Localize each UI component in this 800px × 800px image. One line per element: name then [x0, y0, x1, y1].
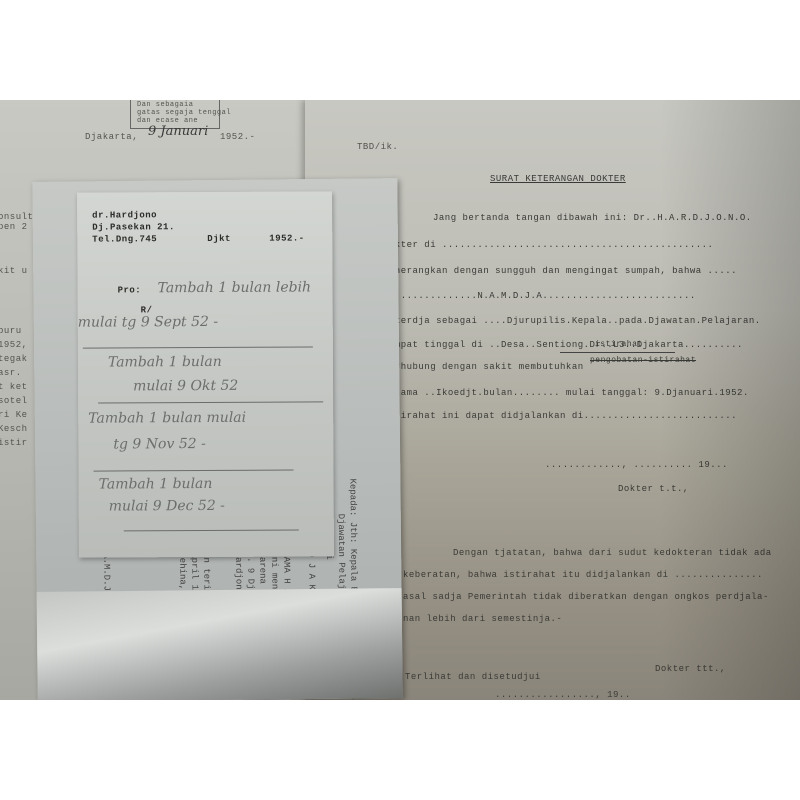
- cert-line: ................N.A.M.D.J.A.............…: [383, 291, 696, 301]
- paragraph-line: asal sadja Pemerintah tidak diberatkan d…: [403, 592, 769, 602]
- handwritten-date: 9 Januari: [148, 124, 208, 139]
- edge-text: 1952,: [0, 340, 28, 350]
- paragraph-line: Dengan tjatatan, bahwa dari sudut kedokt…: [453, 548, 772, 558]
- stamp-line: Dan sebagaia: [137, 101, 193, 109]
- reference-code: TBD/ik.: [357, 142, 398, 152]
- place-date: Djakarta,: [85, 132, 138, 142]
- edge-text: Kesch: [0, 424, 28, 434]
- stamp-line: gatas segaja tenggal: [137, 109, 231, 117]
- cert-line: menerangkan dengan sungguh dan mengingat…: [383, 266, 737, 276]
- cert-line: Jang bertanda tangan dibawah ini: Dr..H.…: [433, 213, 752, 223]
- edge-text: istir: [0, 438, 28, 448]
- rx-entry: mulai 9 Dec 52 -: [109, 498, 225, 515]
- rx-entry: mulai tg 9 Sept 52 -: [78, 314, 218, 331]
- correction-rule: [560, 352, 675, 353]
- letter-year: 1952.-: [220, 132, 255, 142]
- pro-label: Pro:: [118, 285, 142, 295]
- date-line: ............., .......... 19...: [545, 460, 728, 470]
- city: Djkt: [207, 234, 231, 244]
- rx-entry: Tambah 1 bulan: [108, 354, 222, 371]
- edge-text: kit u: [0, 266, 28, 276]
- cert-line: bekerdja sebagai ....Djurupilis.Kepala..…: [383, 316, 761, 326]
- paragraph-line: keberatan, bahwa istirahat itu didjalank…: [403, 570, 763, 580]
- edge-text: buru: [0, 326, 22, 336]
- folded-flap: [37, 588, 403, 700]
- letter-fragment: gehina,: [177, 552, 187, 590]
- rx-entry: mulai 9 Okt 52: [133, 378, 238, 395]
- entry-rule: [124, 530, 299, 532]
- edge-text: sotel: [0, 396, 28, 406]
- entry-rule: [83, 346, 313, 348]
- rx-entry: tg 9 Nov 52 -: [113, 436, 206, 452]
- edge-text: t ket: [0, 382, 28, 392]
- edge-text: pen 2: [0, 222, 28, 232]
- cert-line: Istirahat ini dapat didjalankan di......…: [383, 411, 737, 421]
- entry-rule: [98, 401, 323, 403]
- document-photo: Dan sebagaia gatas segaja tenggal dan ec…: [0, 100, 800, 700]
- cert-line: Dokter di ..............................…: [383, 240, 713, 250]
- cert-line: selama ..Ikoedjt.bulan........ mulai tan…: [383, 388, 749, 398]
- edge-text: ri Ke: [0, 410, 28, 420]
- rx-entry: Tambah 1 bulan lebih: [158, 279, 312, 296]
- struck-text: pengobatan-istirahat: [590, 356, 696, 365]
- certificate-title: SURAT KETERANGAN DOKTER: [490, 174, 626, 184]
- rx-year: 1952.-: [269, 233, 304, 243]
- correction-above: istirahat: [595, 340, 643, 349]
- rx-entry: Tambah 1 bulan: [99, 476, 213, 493]
- rx-entry: Tambah 1 bulan mulai: [88, 410, 246, 427]
- edge-text: onsult: [0, 212, 33, 222]
- paragraph-line: nan lebih dari semestinja.-: [403, 614, 562, 624]
- doctor-address: Dj.Pasekan 21.: [92, 222, 175, 232]
- footer-left: Terlihat dan disetudjui: [405, 672, 541, 682]
- entry-rule: [94, 470, 294, 472]
- footer-sign: Dokter ttt.,: [655, 664, 726, 674]
- signature-label: Dokter t.t.,: [618, 484, 689, 494]
- prescription-note: dr.Hardjono Dj.Pasekan 21. Tel.Dng.745 D…: [77, 191, 334, 557]
- footer-date: ................., 19..: [495, 690, 631, 700]
- doctor-name: dr.Hardjono: [92, 210, 157, 220]
- doctor-phone: Tel.Dng.745: [92, 234, 157, 244]
- cert-line: tempat tinggal di ..Desa..Sentiong.Dr..L…: [383, 340, 743, 350]
- cert-line: berhubung dengan sakit membutuhkan: [383, 362, 584, 372]
- edge-text: asr.: [0, 368, 22, 378]
- edge-text: tegak: [0, 354, 28, 364]
